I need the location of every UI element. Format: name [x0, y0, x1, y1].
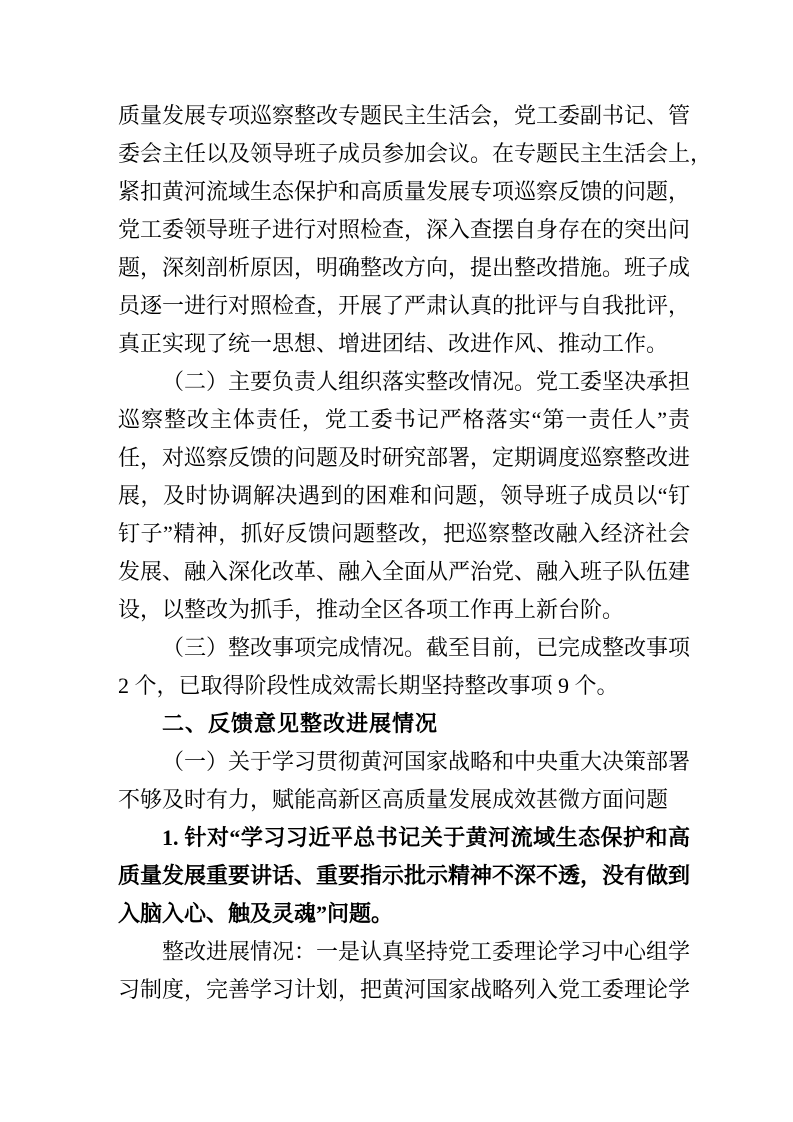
text-line: 习制度，完善学习计划，把黄河国家战略列入党工委理论学 — [118, 971, 690, 1009]
text-line: 任，对巡察反馈的问题及时研究部署，定期调度巡察整改进 — [118, 439, 690, 477]
text-line: 2 个，已取得阶段性成效需长期坚持整改事项 9 个。 — [118, 667, 690, 705]
text-line: （三）整改事项完成情况。截至目前，已完成整改事项 — [118, 629, 690, 667]
text-line: 不够及时有力，赋能高新区高质量发展成效甚微方面问题 — [118, 781, 690, 819]
text-line: 钉子”精神，抓好反馈问题整改，把巡察整改融入经济社会 — [118, 515, 690, 553]
text-line: 题，深刻剖析原因，明确整改方向，提出整改措施。班子成 — [118, 249, 690, 287]
text-line: 入脑入心、触及灵魂”问题。 — [118, 895, 690, 933]
text-line: 质量发展专项巡察整改专题民主生活会，党工委副书记、管 — [118, 97, 690, 135]
text-line: 设，以整改为抓手，推动全区各项工作再上新台阶。 — [118, 591, 690, 629]
text-line: 1. 针对“学习习近平总书记关于黄河流域生态保护和高 — [118, 819, 690, 857]
text-line: 巡察整改主体责任，党工委书记严格落实“第一责任人”责 — [118, 401, 690, 439]
text-line: 委会主任以及领导班子成员参加会议。在专题民主生活会上， — [118, 135, 690, 173]
text-line: 发展、融入深化改革、融入全面从严治党、融入班子队伍建 — [118, 553, 690, 591]
text-line: 紧扣黄河流域生态保护和高质量发展专项巡察反馈的问题， — [118, 173, 690, 211]
text-line: 党工委领导班子进行对照检查，深入查摆自身存在的突出问 — [118, 211, 690, 249]
text-line: （二）主要负责人组织落实整改情况。党工委坚决承担 — [118, 363, 690, 401]
text-line: 整改进展情况：一是认真坚持党工委理论学习中心组学 — [118, 933, 690, 971]
document-page: 质量发展专项巡察整改专题民主生活会，党工委副书记、管委会主任以及领导班子成员参加… — [0, 0, 793, 1122]
text-line: 二、反馈意见整改进展情况 — [118, 705, 690, 743]
text-line: （一）关于学习贯彻黄河国家战略和中央重大决策部署 — [118, 743, 690, 781]
text-line: 员逐一进行对照检查，开展了严肃认真的批评与自我批评， — [118, 287, 690, 325]
text-line: 真正实现了统一思想、增进团结、改进作风、推动工作。 — [118, 325, 690, 363]
text-line: 质量发展重要讲话、重要指示批示精神不深不透，没有做到 — [118, 857, 690, 895]
document-body: 质量发展专项巡察整改专题民主生活会，党工委副书记、管委会主任以及领导班子成员参加… — [118, 97, 690, 1009]
text-line: 展，及时协调解决遇到的困难和问题，领导班子成员以“钉 — [118, 477, 690, 515]
